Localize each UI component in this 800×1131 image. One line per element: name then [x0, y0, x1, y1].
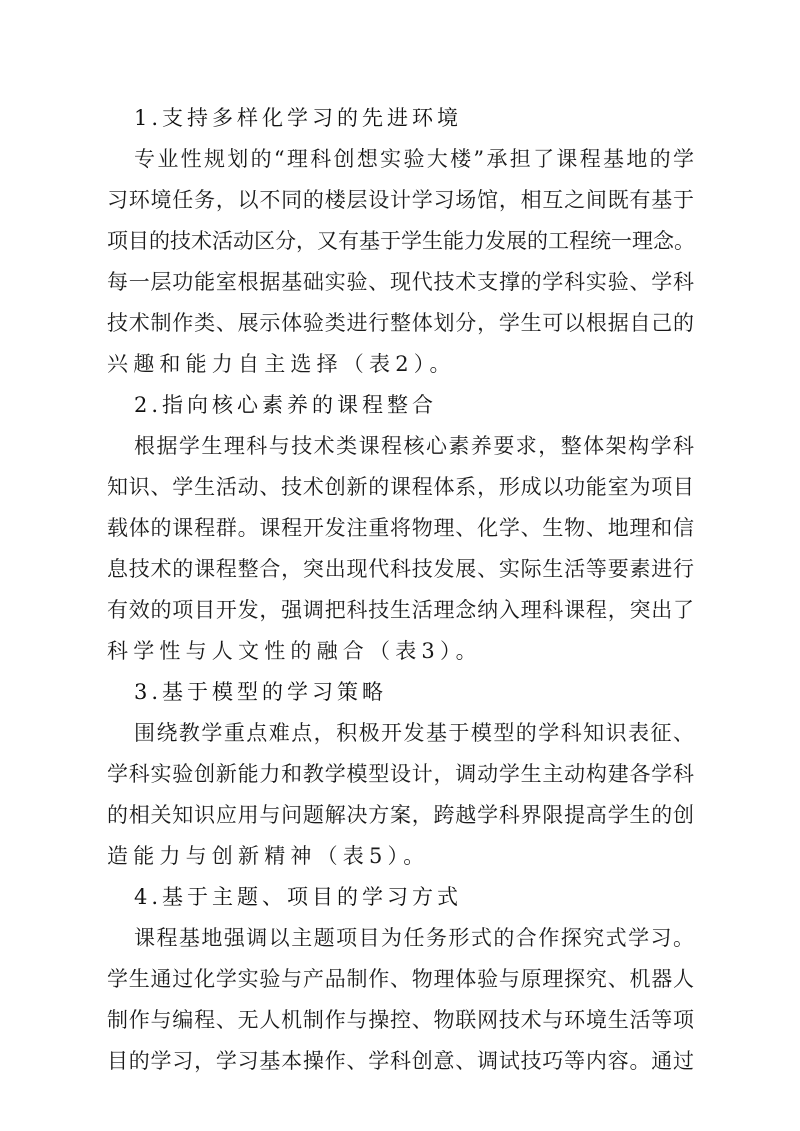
- paragraph-line: 技术制作类、展示体验类进行整体划分，学生可以根据自己的: [107, 308, 694, 338]
- paragraph-line: 目的学习，学习基本操作、学科创意、调试技巧等内容。通过: [107, 1046, 694, 1076]
- section-heading-1: 1.支持多样化学习的先进环境: [134, 103, 462, 133]
- paragraph-line: 息技术的课程整合，突出现代科技发展、实际生活等要素进行: [107, 554, 694, 584]
- paragraph-line: 每一层功能室根据基础实验、现代技术支撑的学科实验、学科: [107, 267, 694, 297]
- paragraph-line: 制作与编程、无人机制作与操控、物联网技术与环境生活等项: [107, 1005, 694, 1035]
- section-heading-2: 2.指向核心素养的课程整合: [134, 390, 437, 420]
- paragraph-line: 科学性与人文性的融合（表3）。: [107, 636, 694, 666]
- section-heading-4: 4.基于主题、项目的学习方式: [134, 882, 462, 912]
- paragraph-line: 学生通过化学实验与产品制作、物理体验与原理探究、机器人: [107, 964, 694, 994]
- paragraph-line: 学科实验创新能力和教学模型设计，调动学生主动构建各学科: [107, 759, 694, 789]
- paragraph-line: 课程基地强调以主题项目为任务形式的合作探究式学习。: [134, 923, 694, 953]
- paragraph-line: 专业性规划的“理科创想实验大楼”承担了课程基地的学: [134, 144, 694, 174]
- paragraph-line: 项目的技术活动区分，又有基于学生能力发展的工程统一理念。: [107, 226, 694, 256]
- paragraph-line: 造能力与创新精神（表5）。: [107, 841, 694, 871]
- paragraph-line: 载体的课程群。课程开发注重将物理、化学、生物、地理和信: [107, 513, 694, 543]
- paragraph-line: 的相关知识应用与问题解决方案，跨越学科界限提高学生的创: [107, 800, 694, 830]
- section-heading-3: 3.基于模型的学习策略: [134, 677, 387, 707]
- paragraph-line: 根据学生理科与技术类课程核心素养要求，整体架构学科: [134, 431, 694, 461]
- paragraph-line: 有效的项目开发，强调把科技生活理念纳入理科课程，突出了: [107, 595, 694, 625]
- paragraph-line: 习环境任务，以不同的楼层设计学习场馆，相互之间既有基于: [107, 185, 694, 215]
- paragraph-line: 围绕教学重点难点，积极开发基于模型的学科知识表征、: [134, 718, 694, 748]
- document-page: 1.支持多样化学习的先进环境 专业性规划的“理科创想实验大楼”承担了课程基地的学…: [0, 0, 800, 1131]
- paragraph-line: 知识、学生活动、技术创新的课程体系，形成以功能室为项目: [107, 472, 694, 502]
- paragraph-line: 兴趣和能力自主选择（表2）。: [107, 349, 694, 379]
